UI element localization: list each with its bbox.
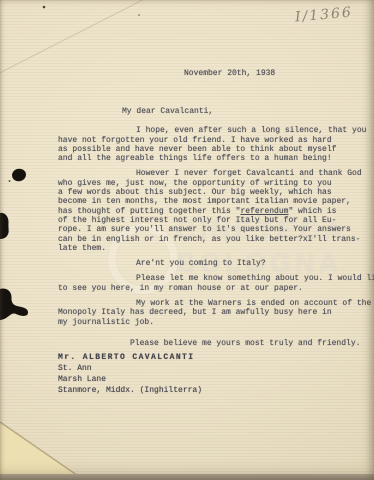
ink-speck <box>138 14 140 16</box>
ink-blots-overlay <box>0 0 374 480</box>
ink-speck <box>9 180 11 182</box>
ink-blot-edge <box>0 213 9 239</box>
folded-corner <box>0 420 84 480</box>
scan-bottom-edge <box>0 474 374 480</box>
ink-blot-large <box>0 289 28 320</box>
ink-speck <box>43 6 46 9</box>
ink-blot-small <box>11 167 27 182</box>
letter-scan-page: CINETECA BOLOGNA I/1366 November 20th, 1… <box>0 0 374 480</box>
